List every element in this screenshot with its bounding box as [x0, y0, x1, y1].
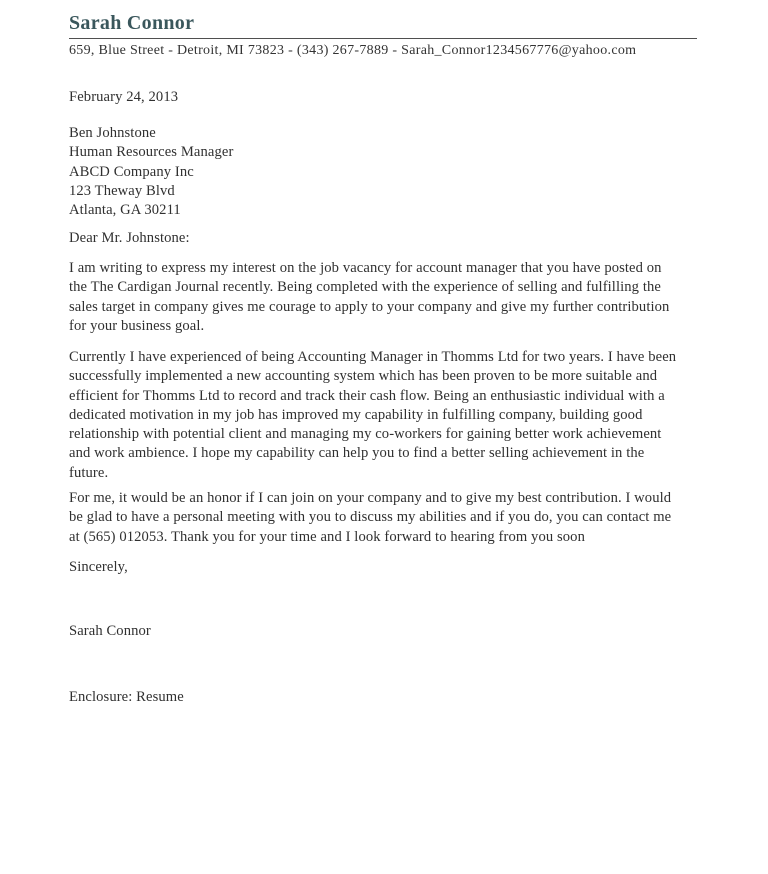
body-paragraph-2: Currently I have experienced of being Ac…	[69, 348, 676, 483]
author-name: Sarah Connor	[69, 12, 194, 35]
recipient-block: Ben Johnstone Human Resources Manager AB…	[69, 124, 233, 220]
recipient-title: Human Resources Manager	[69, 143, 233, 162]
signature-name: Sarah Connor	[69, 622, 151, 641]
contact-line: 659, Blue Street - Detroit, MI 73823 - (…	[69, 43, 636, 59]
closing: Sincerely,	[69, 558, 128, 577]
body-line: and work ambience. I hope my capability …	[69, 444, 676, 463]
recipient-name: Ben Johnstone	[69, 124, 233, 143]
body-line: successfully implemented a new accountin…	[69, 367, 676, 386]
letter-page: Sarah Connor 659, Blue Street - Detroit,…	[0, 0, 768, 874]
body-line: efficient for Thomms Ltd to record and t…	[69, 387, 676, 406]
header-rule	[69, 38, 697, 39]
body-line: sales target in company gives me courage…	[69, 298, 669, 317]
body-line: be glad to have a personal meeting with …	[69, 508, 671, 527]
letter-date: February 24, 2013	[69, 88, 178, 107]
recipient-company: ABCD Company Inc	[69, 163, 233, 182]
body-line: at (565) 012053. Thank you for your time…	[69, 528, 671, 547]
body-line: future.	[69, 464, 676, 483]
body-paragraph-3: For me, it would be an honor if I can jo…	[69, 489, 671, 547]
body-line: Currently I have experienced of being Ac…	[69, 348, 676, 367]
recipient-city: Atlanta, GA 30211	[69, 201, 233, 220]
body-line: relationship with potential client and m…	[69, 425, 676, 444]
body-line: for your business goal.	[69, 317, 669, 336]
body-paragraph-1: I am writing to express my interest on t…	[69, 259, 669, 336]
salutation: Dear Mr. Johnstone:	[69, 229, 190, 248]
body-line: dedicated motivation in my job has impro…	[69, 406, 676, 425]
recipient-street: 123 Theway Blvd	[69, 182, 233, 201]
body-line: For me, it would be an honor if I can jo…	[69, 489, 671, 508]
body-line: the The Cardigan Journal recently. Being…	[69, 278, 669, 297]
enclosure-note: Enclosure: Resume	[69, 688, 184, 707]
body-line: I am writing to express my interest on t…	[69, 259, 669, 278]
